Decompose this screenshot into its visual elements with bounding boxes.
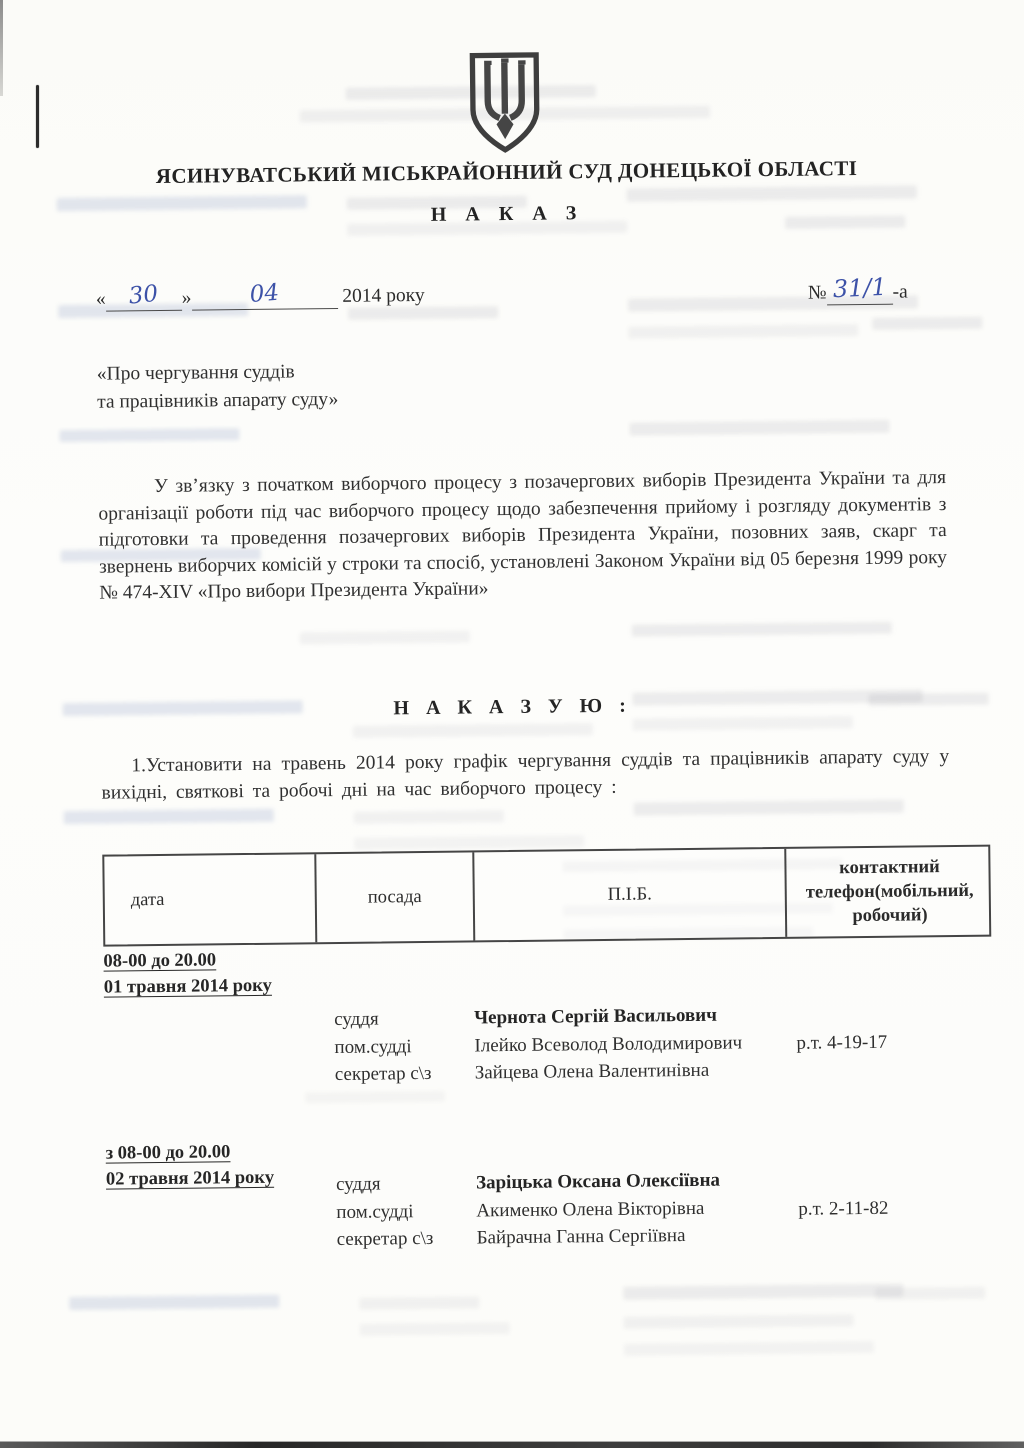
scan-edge-artifact	[0, 0, 3, 96]
bleedthrough-artifact	[634, 800, 904, 816]
bleedthrough-artifact	[69, 1295, 279, 1310]
scanner-edge-strip	[0, 1442, 1024, 1448]
bleedthrough-artifact	[305, 1091, 445, 1104]
preamble-paragraph: У зв’язку з початком виборчого процесу з…	[98, 465, 947, 607]
position-judge: суддя	[334, 1004, 474, 1033]
position-assistant: пом.судді	[334, 1032, 474, 1061]
subject-line-1: «Про чергування суддів	[97, 358, 338, 389]
duty-day: 02 травня 2014 року	[106, 1164, 318, 1192]
bleedthrough-artifact	[629, 420, 889, 436]
bleedthrough-artifact	[59, 428, 239, 442]
bleedthrough-artifact	[628, 324, 858, 339]
duty-date: 08-00 до 20.00 01 травня 2014 року	[103, 946, 317, 1091]
court-name-title: ЯСИНУВАТСЬКИЙ МІСЬКРАЙОННИЙ СУД ДОНЕЦЬКО…	[0, 154, 1019, 191]
secretary-name: Байрачна Ганна Сергіївна	[476, 1221, 788, 1252]
ukraine-trident-icon	[463, 52, 546, 155]
scanned-order-document: ЯСИНУВАТСЬКИЙ МІСЬКРАЙОННИЙ СУД ДОНЕЦЬКО…	[0, 0, 1024, 1448]
bleedthrough-artifact	[632, 622, 892, 637]
document-content: ЯСИНУВАТСЬКИЙ МІСЬКРАЙОННИЙ СУД ДОНЕЦЬКО…	[0, 0, 1024, 1448]
handwritten-number: 31/1	[832, 273, 887, 303]
column-header-phone: контактний телефон(мобільний, робочий)	[786, 847, 993, 937]
year-text: 2014 року	[342, 285, 425, 307]
assistant-name: Акименко Олена Вікторівна	[476, 1193, 788, 1224]
table-row: 08-00 до 20.00 01 травня 2014 року суддя…	[103, 939, 993, 1092]
order-number: №31/1-а	[808, 275, 908, 305]
schedule-table-header: дата посада П.І.Б. контактний телефон(мо…	[102, 845, 991, 947]
bleedthrough-artifact	[354, 810, 504, 824]
number-blank: 31/1	[826, 276, 892, 306]
duty-hours: 08-00 до 20.00	[103, 946, 315, 974]
handwritten-month: 04	[249, 280, 280, 308]
column-header-position: посада	[316, 852, 475, 942]
subject-line-2: та працівників апарату суду»	[97, 386, 338, 417]
bleedthrough-artifact	[360, 1322, 510, 1336]
column-header-name: П.І.Б.	[474, 849, 787, 941]
secretary-name: Зайцева Олена Валентинівна	[475, 1056, 787, 1087]
quote-open: «	[96, 289, 106, 310]
bleedthrough-artifact	[353, 723, 593, 738]
judge-name: Чернота Сергій Васильович	[474, 1001, 786, 1032]
number-label: №	[808, 282, 827, 303]
duty-hours: з 08-00 до 20.00	[106, 1138, 318, 1166]
month-blank: 04	[191, 282, 337, 311]
position-secretary: секретар с\з	[337, 1224, 477, 1253]
duty-day: 01 травня 2014 року	[104, 972, 316, 1000]
document-type-title: Н А К А З	[0, 197, 1019, 232]
handwritten-day: 30	[128, 281, 160, 310]
position-judge: суддя	[336, 1169, 476, 1198]
duty-date: з 08-00 до 20.00 02 травня 2014 року	[106, 1138, 319, 1256]
bleedthrough-artifact	[359, 1296, 479, 1309]
number-suffix: -а	[892, 281, 907, 302]
bleedthrough-artifact	[354, 835, 584, 850]
day-blank: 30	[106, 284, 182, 312]
duty-positions: суддя пом.судді секретар с\з	[315, 944, 475, 1088]
bleedthrough-artifact	[624, 1314, 854, 1329]
judge-name: Заріцька Оксана Олексіївна	[476, 1166, 788, 1197]
table-row: з 08-00 до 20.00 02 травня 2014 року суд…	[106, 1131, 995, 1257]
duty-names: Чернота Сергій Васильович Ілейко Всеволо…	[473, 941, 787, 1087]
bleedthrough-artifact	[623, 1284, 903, 1300]
bleedthrough-artifact	[633, 716, 853, 730]
duty-positions: суддя пом.судді секретар с\з	[318, 1136, 477, 1253]
bleedthrough-artifact	[875, 1287, 985, 1300]
assistant-name: Ілейко Всеволод Володимирович	[474, 1028, 786, 1059]
order-heading: Н А К А З У Ю :	[1, 690, 1024, 725]
bleedthrough-artifact	[872, 317, 982, 330]
column-header-date: дата	[104, 854, 317, 944]
date-line: «30»04 2014 року	[96, 281, 425, 312]
contact-phone: р.т. 4-19-17	[785, 939, 993, 1084]
order-subject: «Про чергування суддів та працівників ап…	[97, 358, 339, 417]
staple-mark-artifact	[36, 85, 39, 148]
bleedthrough-artifact	[64, 809, 274, 824]
position-assistant: пом.судді	[336, 1197, 476, 1226]
bleedthrough-artifact	[624, 1341, 874, 1356]
quote-close: »	[182, 288, 192, 309]
duty-names: Заріцька Оксана Олексіївна Акименко Олен…	[475, 1133, 788, 1252]
contact-phone: р.т. 2-11-82	[787, 1131, 994, 1249]
bleedthrough-artifact	[300, 630, 470, 644]
position-secretary: секретар с\з	[335, 1059, 475, 1088]
order-item-1: 1.Установити на травень 2014 року графік…	[101, 743, 950, 807]
